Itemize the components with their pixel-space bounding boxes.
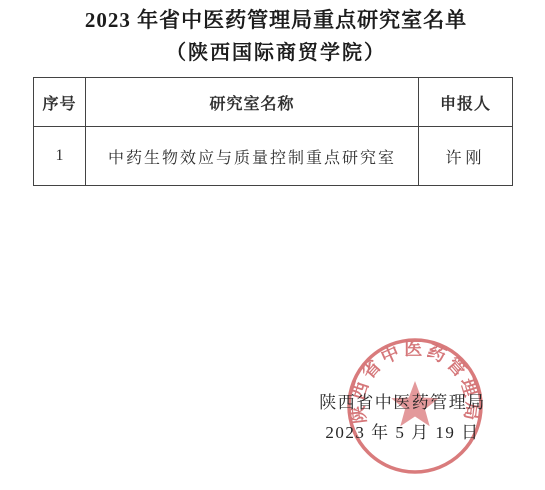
document-title: 2023 年省中医药管理局重点研究室名单 xyxy=(7,6,545,34)
table-row: 1 中药生物效应与质量控制重点研究室 许刚 xyxy=(34,127,513,186)
header-applicant: 申报人 xyxy=(419,78,513,127)
table-header-row: 序号 研究室名称 申报人 xyxy=(34,78,513,127)
signature-block: 陕西省中医药管理局 2023 年 5 月 19 日 xyxy=(280,388,525,448)
header-serial-number: 序号 xyxy=(34,78,86,127)
signature-date: 2023 年 5 月 19 日 xyxy=(280,418,525,448)
header-lab-name: 研究室名称 xyxy=(86,78,419,127)
cell-applicant: 许刚 xyxy=(419,127,513,186)
cell-serial-number: 1 xyxy=(34,127,86,186)
research-lab-table: 序号 研究室名称 申报人 1 中药生物效应与质量控制重点研究室 许刚 xyxy=(33,77,513,186)
document-page: 2023 年省中医药管理局重点研究室名单 （陕西国际商贸学院） 序号 研究室名称… xyxy=(0,0,545,490)
cell-lab-name: 中药生物效应与质量控制重点研究室 xyxy=(86,127,419,186)
document-subtitle: （陕西国际商贸学院） xyxy=(7,40,545,66)
signature-issuer: 陕西省中医药管理局 xyxy=(280,388,525,418)
